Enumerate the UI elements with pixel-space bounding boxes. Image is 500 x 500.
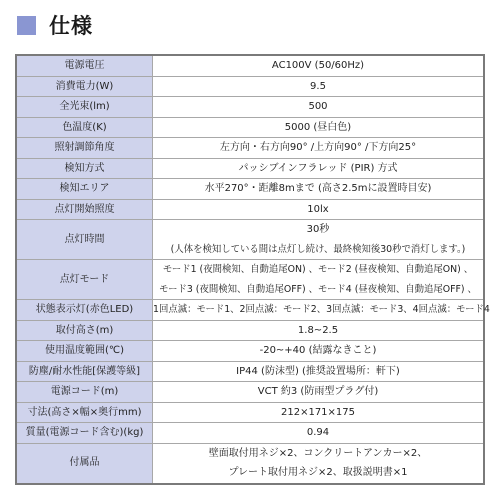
value-line: 1.8~2.5	[153, 321, 483, 341]
value-line: 壁面取付用ネジ×2、コンクリートアンカー×2、	[153, 444, 483, 464]
row-label: 色温度(K)	[16, 117, 153, 138]
row-label: 付属品	[16, 443, 153, 484]
table-row-voltage: 電源電圧 AC100V (50/60Hz)	[16, 55, 484, 76]
value-line: 30秒	[153, 220, 483, 240]
value-line: 10lx	[153, 200, 483, 220]
value-line: 0.94	[153, 423, 483, 443]
table-row-lighting-time: 点灯時間 30秒 (人体を検知している間は点灯し続け、最終検知後30秒で消灯しま…	[16, 220, 484, 260]
row-value: 9.5	[153, 76, 485, 97]
value-line: VCT 約3 (防雨型プラグ付)	[153, 382, 483, 402]
table-row-detection-area: 検知エリア 水平270°・距離8mまで (高さ2.5mに設置時目安)	[16, 179, 484, 200]
value-line: 9.5	[153, 77, 483, 97]
value-line: -20~+40 (結露なきこと)	[153, 341, 483, 361]
table-row-angle: 照射調節角度 左方向・右方向90° /上方向90° /下方向25°	[16, 138, 484, 159]
row-value: 5000 (昼白色)	[153, 117, 485, 138]
row-label: 点灯モード	[16, 260, 153, 300]
table-row-power-cord: 電源コード(m) VCT 約3 (防雨型プラグ付)	[16, 382, 484, 403]
value-line: モード3 (夜間検知、自動追尾OFF) 、モード4 (昼夜検知、自動追尾OFF)…	[153, 280, 483, 300]
row-label: 点灯時間	[16, 220, 153, 260]
table-row-detection-method: 検知方式 パッシブインフラレッド (PIR) 方式	[16, 158, 484, 179]
section-title: 仕様	[17, 14, 93, 36]
row-label: 使用温度範囲(℃)	[16, 341, 153, 362]
value-line: プレート取付用ネジ×2、取扱説明書×1	[153, 463, 483, 483]
row-value: 1回点滅：モード1、2回点滅：モード2、3回点滅：モード3、4回点滅：モード4	[153, 300, 485, 321]
row-label: 寸法(高さ×幅×奥行mm)	[16, 402, 153, 423]
row-value: 左方向・右方向90° /上方向90° /下方向25°	[153, 138, 485, 159]
row-label: 検知方式	[16, 158, 153, 179]
row-value: モード1 (夜間検知、自動追尾ON) 、モード2 (昼夜検知、自動追尾ON) 、…	[153, 260, 485, 300]
table-row-lighting-mode: 点灯モード モード1 (夜間検知、自動追尾ON) 、モード2 (昼夜検知、自動追…	[16, 260, 484, 300]
value-line: 500	[153, 97, 483, 117]
row-value: -20~+40 (結露なきこと)	[153, 341, 485, 362]
row-value: 壁面取付用ネジ×2、コンクリートアンカー×2、 プレート取付用ネジ×2、取扱説明…	[153, 443, 485, 484]
table-row-luminous-flux: 全光束(lm) 500	[16, 97, 484, 118]
row-value: AC100V (50/60Hz)	[153, 55, 485, 76]
row-value: IP44 (防沫型) (推奨設置場所：軒下)	[153, 361, 485, 382]
value-line: 水平270°・距離8mまで (高さ2.5mに設置時目安)	[153, 179, 483, 199]
spec-table: 電源電圧 AC100V (50/60Hz) 消費電力(W) 9.5 全光束(lm…	[15, 54, 485, 485]
value-line: パッシブインフラレッド (PIR) 方式	[153, 159, 483, 179]
table-row-color-temp: 色温度(K) 5000 (昼白色)	[16, 117, 484, 138]
row-value: VCT 約3 (防雨型プラグ付)	[153, 382, 485, 403]
value-line: IP44 (防沫型) (推奨設置場所：軒下)	[153, 362, 483, 382]
row-label: 全光束(lm)	[16, 97, 153, 118]
row-value: 0.94	[153, 423, 485, 444]
row-value: 212×171×175	[153, 402, 485, 423]
row-value: 30秒 (人体を検知している間は点灯し続け、最終検知後30秒で消灯します。)	[153, 220, 485, 260]
table-row-mount-height: 取付高さ(m) 1.8~2.5	[16, 320, 484, 341]
row-value: 1.8~2.5	[153, 320, 485, 341]
table-row-ip-rating: 防塵/耐水性能[保護等級] IP44 (防沫型) (推奨設置場所：軒下)	[16, 361, 484, 382]
row-label: 照射調節角度	[16, 138, 153, 159]
table-row-status-led: 状態表示灯(赤色LED) 1回点滅：モード1、2回点滅：モード2、3回点滅：モー…	[16, 300, 484, 321]
table-row-dimensions: 寸法(高さ×幅×奥行mm) 212×171×175	[16, 402, 484, 423]
row-label: 防塵/耐水性能[保護等級]	[16, 361, 153, 382]
section-title-text: 仕様	[49, 10, 93, 40]
table-row-start-illuminance: 点灯開始照度 10lx	[16, 199, 484, 220]
row-label: 消費電力(W)	[16, 76, 153, 97]
row-value: 10lx	[153, 199, 485, 220]
value-line: (人体を検知している間は点灯し続け、最終検知後30秒で消灯します。)	[153, 240, 483, 260]
row-label: 検知エリア	[16, 179, 153, 200]
row-label: 点灯開始照度	[16, 199, 153, 220]
row-label: 状態表示灯(赤色LED)	[16, 300, 153, 321]
value-line: AC100V (50/60Hz)	[153, 56, 483, 76]
value-line: 5000 (昼白色)	[153, 118, 483, 138]
value-line: 左方向・右方向90° /上方向90° /下方向25°	[153, 138, 483, 158]
row-label: 電源電圧	[16, 55, 153, 76]
row-value: パッシブインフラレッド (PIR) 方式	[153, 158, 485, 179]
row-label: 取付高さ(m)	[16, 320, 153, 341]
row-value: 水平270°・距離8mまで (高さ2.5mに設置時目安)	[153, 179, 485, 200]
title-square-icon	[17, 16, 36, 35]
row-label: 電源コード(m)	[16, 382, 153, 403]
table-row-power: 消費電力(W) 9.5	[16, 76, 484, 97]
value-line: 212×171×175	[153, 403, 483, 423]
value-line: モード1 (夜間検知、自動追尾ON) 、モード2 (昼夜検知、自動追尾ON) 、	[153, 260, 483, 280]
table-row-accessories: 付属品 壁面取付用ネジ×2、コンクリートアンカー×2、 プレート取付用ネジ×2、…	[16, 443, 484, 484]
value-line: 1回点滅：モード1、2回点滅：モード2、3回点滅：モード3、4回点滅：モード4	[153, 300, 483, 320]
row-value: 500	[153, 97, 485, 118]
table-row-weight: 質量(電源コード含む)(kg) 0.94	[16, 423, 484, 444]
table-row-temp-range: 使用温度範囲(℃) -20~+40 (結露なきこと)	[16, 341, 484, 362]
row-label: 質量(電源コード含む)(kg)	[16, 423, 153, 444]
